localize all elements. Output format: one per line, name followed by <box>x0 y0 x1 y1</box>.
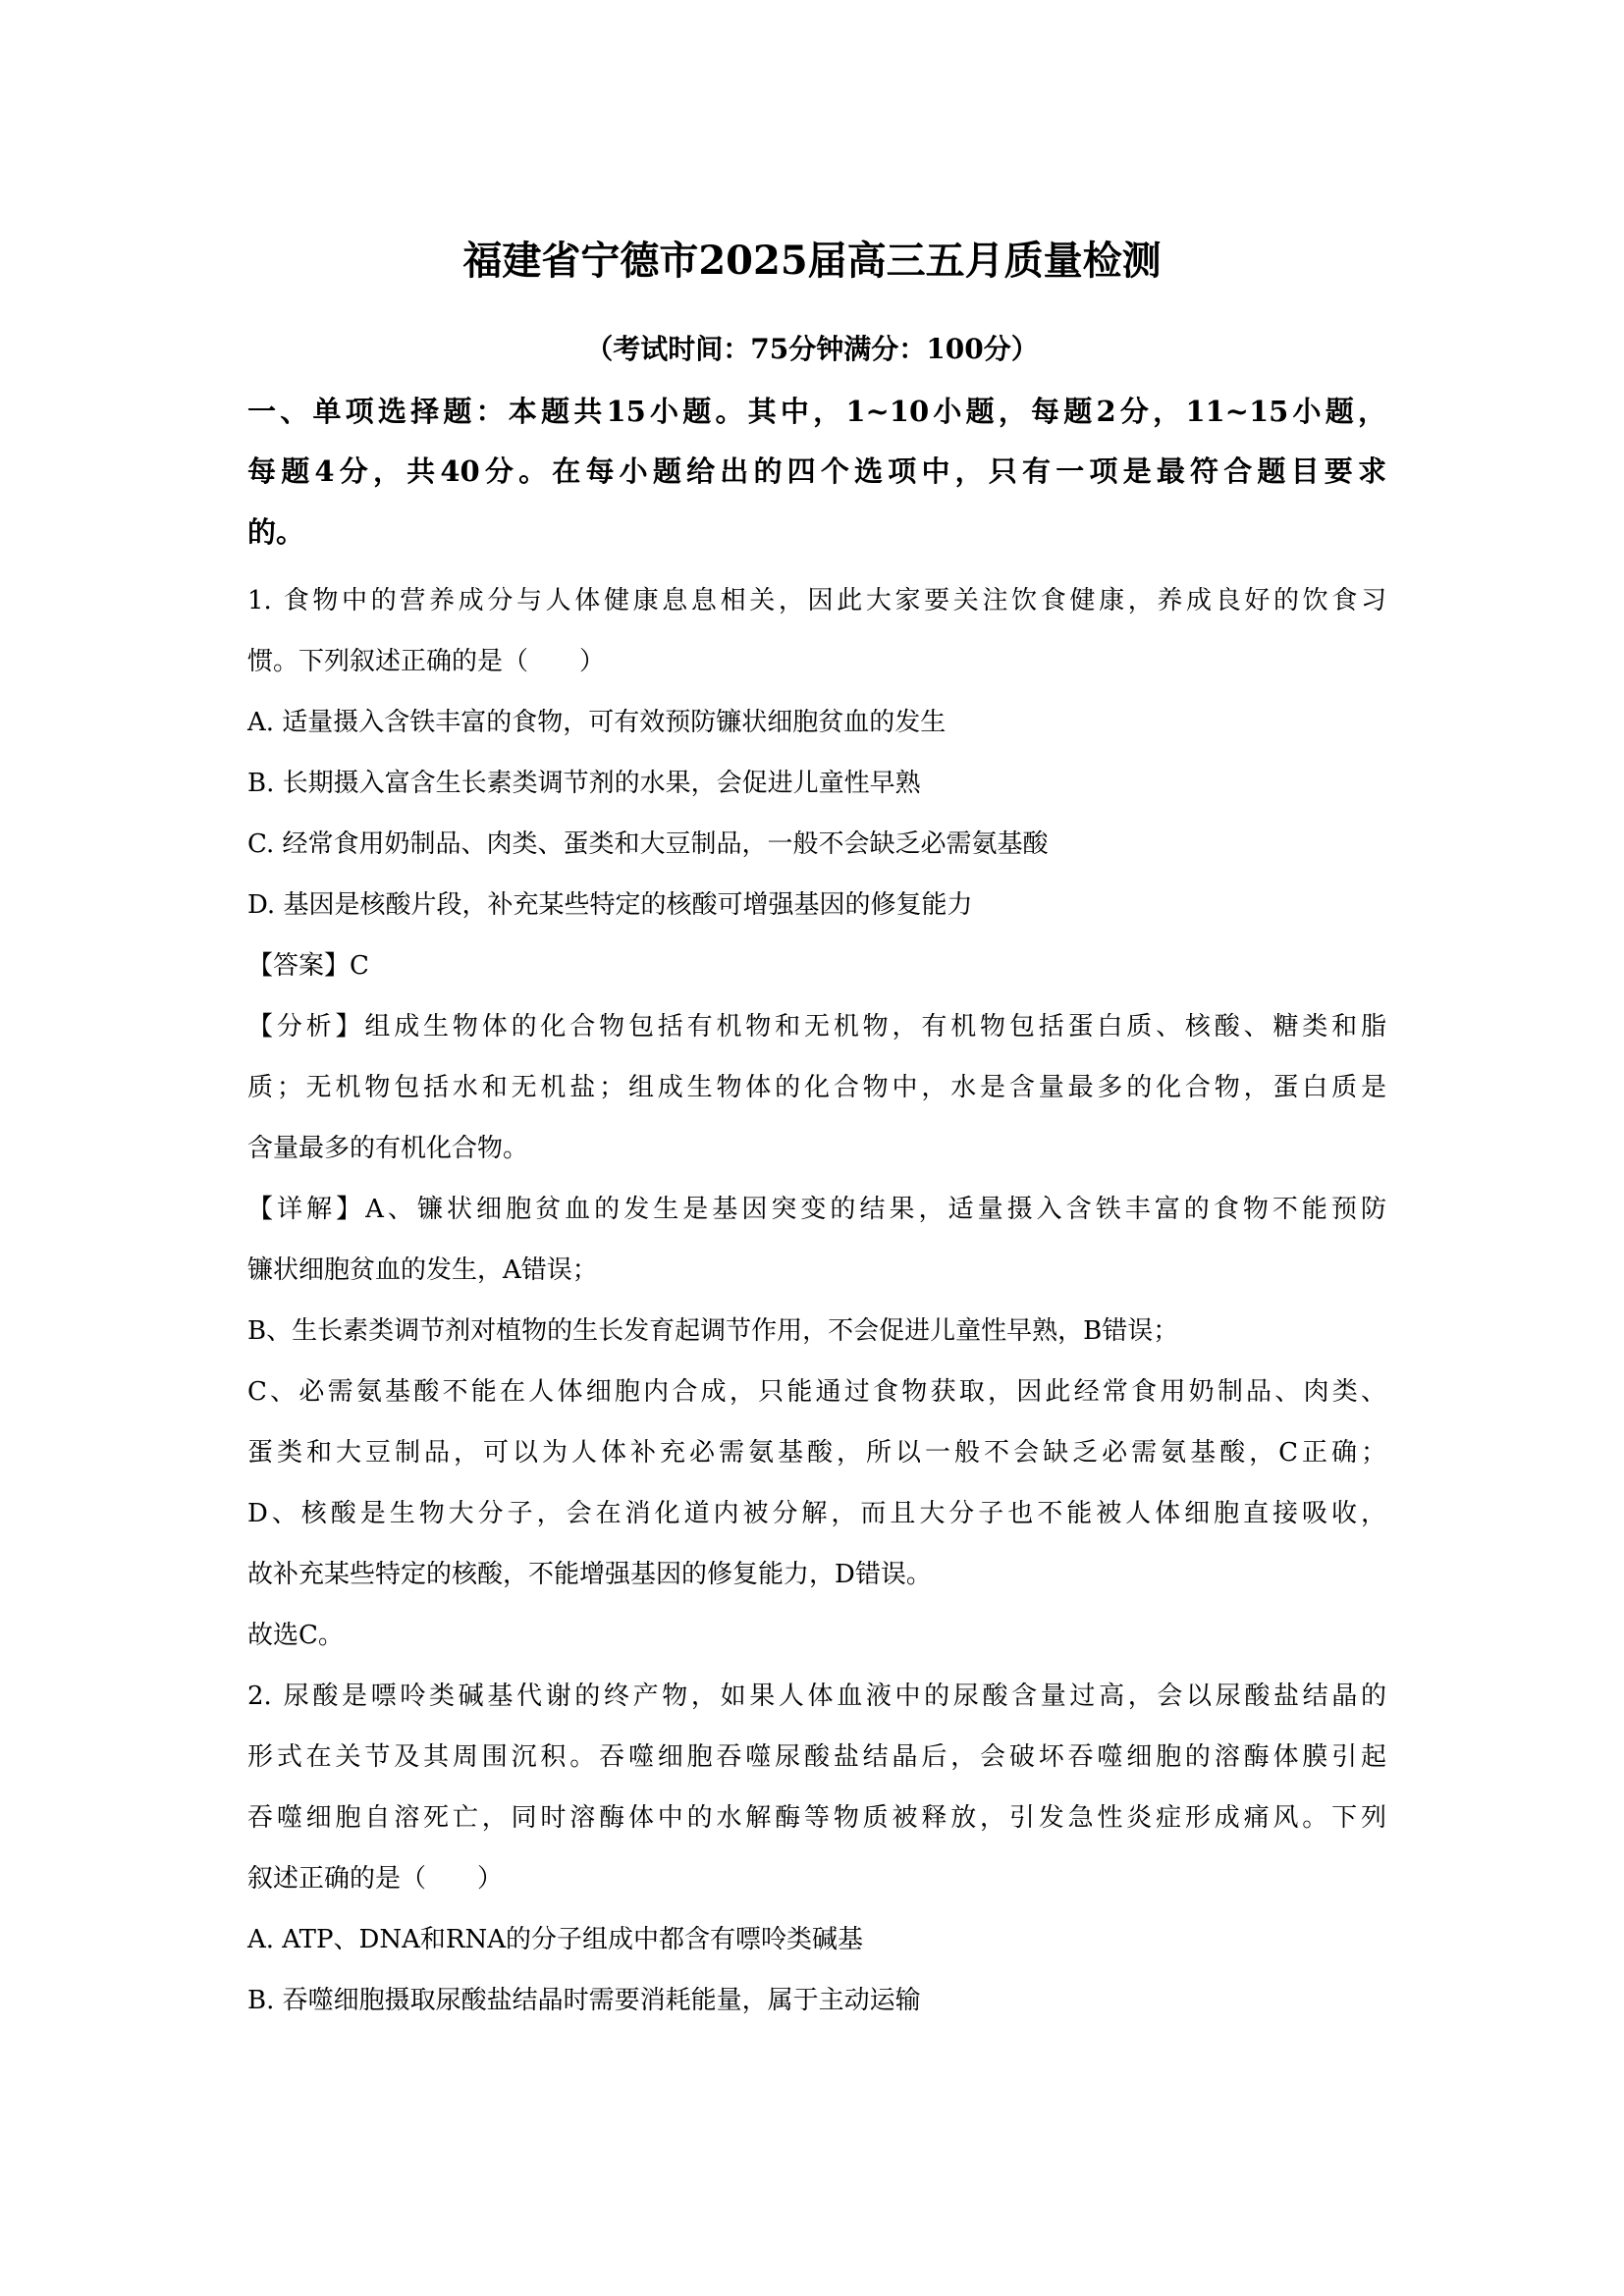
explanation-line: 蛋类和大豆制品，可以为人体补充必需氨基酸，所以一般不会缺乏必需氨基酸，C正确； <box>247 1435 1386 1470</box>
question-stem-line: 形式在关节及其周围沉积。吞噬细胞吞噬尿酸盐结晶后，会破坏吞噬细胞的溶酶体膜引起 <box>247 1739 1386 1775</box>
analysis-line: 【分析】组成生物体的化合物包括有机物和无机物，有机物包括蛋白质、核酸、糖类和脂 <box>247 1009 1386 1044</box>
explanation-line: B、生长素类调节剂对植物的生长发育起调节作用，不会促进儿童性早熟，B错误； <box>247 1313 1178 1349</box>
question-stem-line: 惯。下列叙述正确的是（ ） <box>247 644 605 679</box>
option-d: D. 基因是核酸片段，补充某些特定的核酸可增强基因的修复能力 <box>247 887 972 923</box>
option-b: B. 长期摄入富含生长素类调节剂的水果，会促进儿童性早熟 <box>247 766 921 801</box>
explanation-line: 【详解】A、镰状细胞贫血的发生是基因突变的结果，适量摄入含铁丰富的食物不能预防 <box>247 1192 1386 1227</box>
question-stem-line: 吞噬细胞自溶死亡，同时溶酶体中的水解酶等物质被释放，引发急性炎症形成痛风。下列 <box>247 1800 1386 1836</box>
section-heading-line: 一、单项选择题：本题共15小题。其中，1~10小题，每题2分，11~15小题， <box>247 392 1386 431</box>
option-a: A. ATP、DNA和RNA的分子组成中都含有嘌呤类碱基 <box>247 1922 863 1957</box>
answer: 【答案】C <box>247 948 369 984</box>
conclusion: 故选C。 <box>247 1618 344 1653</box>
option-c: C. 经常食用奶制品、肉类、蛋类和大豆制品，一般不会缺乏必需氨基酸 <box>247 827 1049 862</box>
analysis-line: 含量最多的有机化合物。 <box>247 1131 528 1166</box>
question-stem-line: 2. 尿酸是嘌呤类碱基代谢的终产物，如果人体血液中的尿酸含量过高，会以尿酸盐结晶… <box>247 1679 1386 1714</box>
question-stem-line: 1. 食物中的营养成分与人体健康息息相关，因此大家要关注饮食健康，养成良好的饮食… <box>247 583 1386 618</box>
option-b: B. 吞噬细胞摄取尿酸盐结晶时需要消耗能量，属于主动运输 <box>247 1983 921 2018</box>
explanation-line: D、核酸是生物大分子，会在消化道内被分解，而且大分子也不能被人体细胞直接吸收， <box>247 1496 1386 1531</box>
explanation-line: 镰状细胞贫血的发生，A错误； <box>247 1253 598 1288</box>
section-heading-line: 的。 <box>247 512 304 552</box>
analysis-line: 质；无机物包括水和无机盐；组成生物体的化合物中，水是含量最多的化合物，蛋白质是 <box>247 1070 1386 1105</box>
question-stem-line: 叙述正确的是（ ） <box>247 1861 503 1896</box>
section-heading-line: 每题4分，共40分。在每小题给出的四个选项中，只有一项是最符合题目要求 <box>247 452 1386 491</box>
exam-info: （考试时间：75分钟满分：100分） <box>0 330 1624 369</box>
document-page: 福建省宁德市2025届高三五月质量检测 （考试时间：75分钟满分：100分） 一… <box>0 0 1624 2296</box>
option-a: A. 适量摄入含铁丰富的食物，可有效预防镰状细胞贫血的发生 <box>247 705 946 740</box>
explanation-line: C、必需氨基酸不能在人体细胞内合成，只能通过食物获取，因此经常食用奶制品、肉类、 <box>247 1374 1386 1410</box>
document-title: 福建省宁德市2025届高三五月质量检测 <box>0 234 1624 289</box>
explanation-line: 故补充某些特定的核酸，不能增强基因的修复能力，D错误。 <box>247 1557 932 1592</box>
